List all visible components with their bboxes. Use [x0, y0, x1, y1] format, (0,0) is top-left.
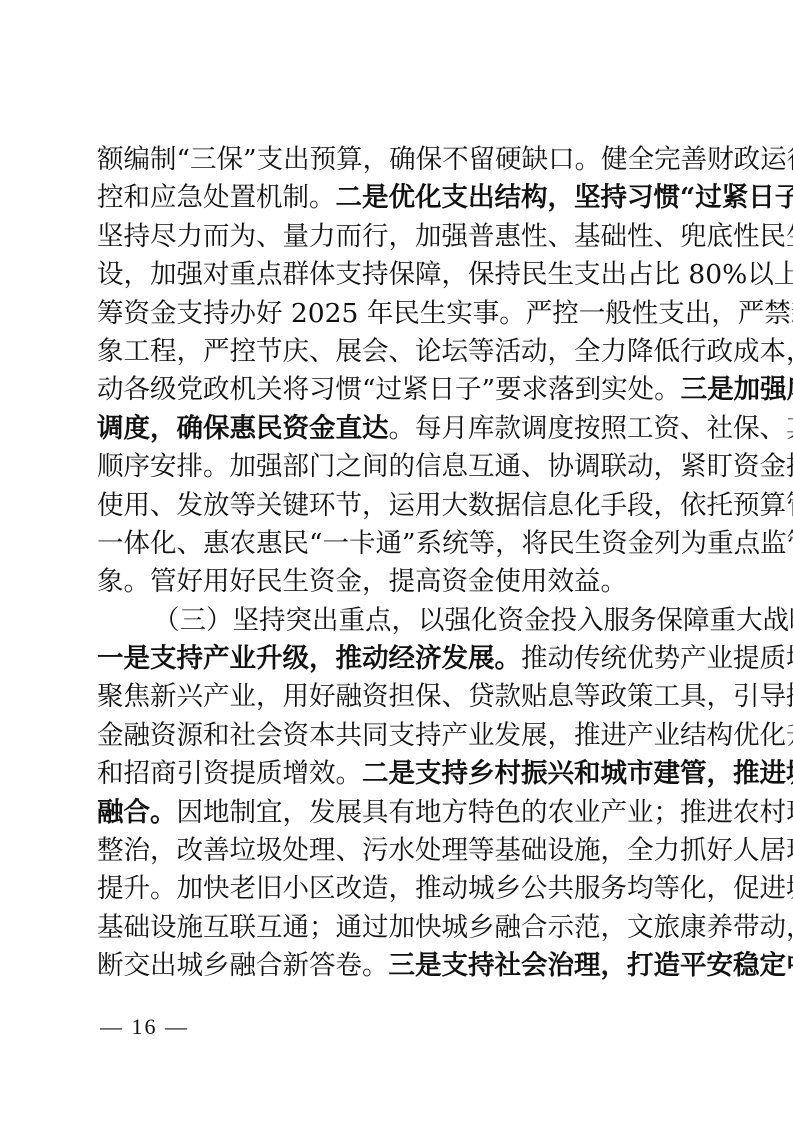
paragraph-text: 整治，改善垃圾处理、污水处理等基础设施，全力抓好人居环境	[97, 835, 793, 866]
text-line: 融合。因地制宜，发展具有地方特色的农业产业；推进农村环境	[97, 794, 691, 832]
text-line: 设，加强对重点群体支持保障，保持民生支出占比 80%以上，统	[97, 256, 691, 294]
text-line: 象。管好用好民生资金，提高资金使用效益。	[97, 563, 691, 601]
text-line: 筹资金支持办好 2025 年民生实事。严控一般性支出，严禁新形	[97, 295, 691, 333]
text-line: 象工程，严控节庆、展会、论坛等活动，全力降低行政成本，推	[97, 333, 691, 371]
body-text: 额编制“三保”支出预算，确保不留硬缺口。健全完善财政运行监控和应急处置机制。二是…	[97, 141, 691, 986]
text-line: 动各级党政机关将习惯“过紧日子”要求落到实处。三是加强库款	[97, 371, 691, 409]
text-line: 整治，改善垃圾处理、污水处理等基础设施，全力抓好人居环境	[97, 832, 691, 870]
text-line: 调度，确保惠民资金直达。每月库款调度按照工资、社保、其他	[97, 410, 691, 448]
text-line: 使用、发放等关键环节，运用大数据信息化手段，依托预算管理	[97, 487, 691, 525]
bold-heading-text: 二是支持乡村振兴和城市建管，推进城乡	[362, 758, 793, 789]
text-line: 金融资源和社会资本共同支持产业发展，推进产业结构优化升级	[97, 717, 691, 755]
text-line: 额编制“三保”支出预算，确保不留硬缺口。健全完善财政运行监	[97, 141, 691, 179]
paragraph-text: 基础设施互联互通；通过加快城乡融合示范，文旅康养带动，不	[97, 912, 793, 943]
text-line: 一体化、惠农惠民“一卡通”系统等，将民生资金列为重点监管对	[97, 525, 691, 563]
text-line: 和招商引资提质增效。二是支持乡村振兴和城市建管，推进城乡	[97, 755, 691, 793]
paragraph-text: 断交出城乡融合新答卷。	[97, 950, 389, 981]
bold-heading-text: 一是支持产业升级，推动经济发展。	[97, 643, 521, 674]
paragraph-text: 控和应急处置机制。	[97, 182, 336, 213]
paragraph-text: 因地制宜，发展具有地方特色的农业产业；推进农村环境	[177, 797, 793, 828]
text-line: 坚持尽力而为、量力而行，加强普惠性、基础性、兜底性民生建	[97, 218, 691, 256]
paragraph-text: 额编制“三保”支出预算，确保不留硬缺口。健全完善财政运行监	[97, 144, 793, 175]
paragraph-text: 提升。加快老旧小区改造，推动城乡公共服务均等化，促进城乡	[97, 873, 793, 904]
bold-heading-text: 调度，确保惠民资金直达	[97, 413, 389, 444]
bold-heading-text: 二是优化支出结构，坚持习惯“过紧日子”。	[336, 182, 793, 213]
text-line: 聚焦新兴产业，用好融资担保、贷款贴息等政策工具，引导撬动	[97, 678, 691, 716]
paragraph-text: 推动传统优势产业提质增效，	[521, 643, 793, 674]
text-line: 顺序安排。加强部门之间的信息互通、协调联动，紧盯资金拨付、	[97, 448, 691, 486]
text-line: 控和应急处置机制。二是优化支出结构，坚持习惯“过紧日子”。	[97, 179, 691, 217]
paragraph-text: 聚焦新兴产业，用好融资担保、贷款贴息等政策工具，引导撬动	[97, 681, 793, 712]
text-line: 一是支持产业升级，推动经济发展。推动传统优势产业提质增效，	[97, 640, 691, 678]
text-line: 基础设施互联互通；通过加快城乡融合示范，文旅康养带动，不	[97, 909, 691, 947]
paragraph-text: 一体化、惠农惠民“一卡通”系统等，将民生资金列为重点监管对	[97, 528, 793, 559]
text-line: 提升。加快老旧小区改造，推动城乡公共服务均等化，促进城乡	[97, 870, 691, 908]
paragraph-text: 设，加强对重点群体支持保障，保持民生支出占比 80%以上，统	[97, 259, 793, 290]
paragraph-text: 使用、发放等关键环节，运用大数据信息化手段，依托预算管理	[97, 490, 793, 521]
bold-heading-text: 三是支持社会治理，打造平安稳定中心	[389, 950, 793, 981]
paragraph-text: （三）坚持突出重点，以强化资金投入服务保障重大战略。	[153, 605, 793, 636]
bold-heading-text: 融合。	[97, 797, 177, 828]
paragraph-text: 金融资源和社会资本共同支持产业发展，推进产业结构优化升级	[97, 720, 793, 751]
text-line: 断交出城乡融合新答卷。三是支持社会治理，打造平安稳定中心	[97, 947, 691, 985]
paragraph-text: 象工程，严控节庆、展会、论坛等活动，全力降低行政成本，推	[97, 336, 793, 367]
paragraph-text: 和招商引资提质增效。	[97, 758, 362, 789]
paragraph-text: 坚持尽力而为、量力而行，加强普惠性、基础性、兜底性民生建	[97, 221, 793, 252]
paragraph-text: 象。管好用好民生资金，提高资金使用效益。	[97, 566, 627, 597]
paragraph-text: 。每月库款调度按照工资、社保、其他	[389, 413, 793, 444]
paragraph-text: 动各级党政机关将习惯“过紧日子”要求落到实处。	[97, 374, 681, 405]
paragraph-text: 筹资金支持办好 2025 年民生实事。严控一般性支出，严禁新形	[97, 298, 793, 329]
document-page: 额编制“三保”支出预算，确保不留硬缺口。健全完善财政运行监控和应急处置机制。二是…	[0, 0, 793, 1122]
text-line: （三）坚持突出重点，以强化资金投入服务保障重大战略。	[97, 602, 691, 640]
page-number: — 16 —	[100, 1014, 189, 1040]
bold-heading-text: 三是加强库款	[681, 374, 793, 405]
paragraph-text: 顺序安排。加强部门之间的信息互通、协调联动，紧盯资金拨付、	[97, 451, 793, 482]
